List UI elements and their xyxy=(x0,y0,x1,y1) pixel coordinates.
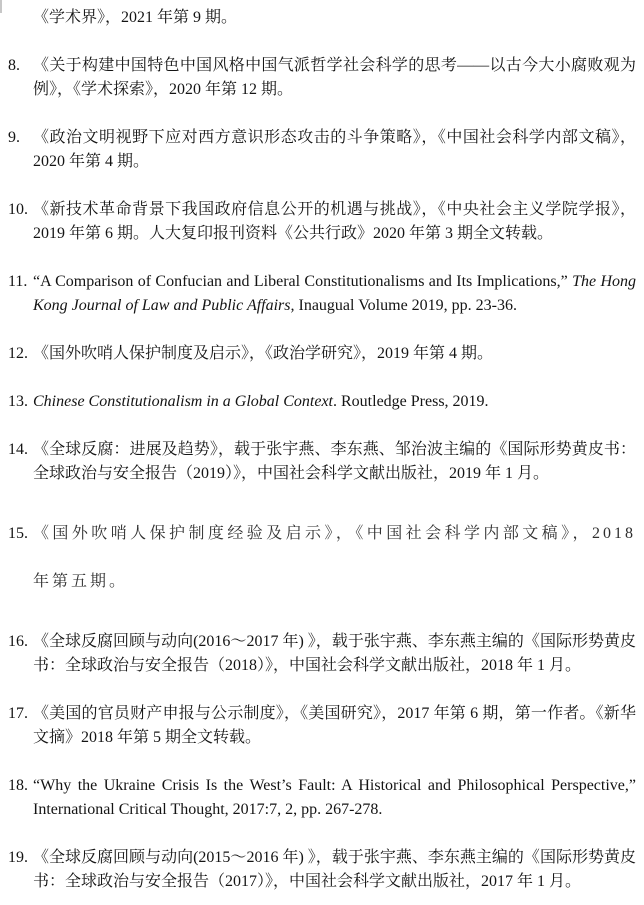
item-number: 16. xyxy=(8,630,33,678)
publication-item-19: 19. 《全球反腐回顾与动向(2015～2016 年) 》，载于张宇燕、李东燕主… xyxy=(8,846,636,894)
item-text-part: 《全球反腐：进展及趋势》，载于张宇燕、李东燕、邹治波主编的《国际形势黄皮书：全球… xyxy=(33,441,636,482)
item-text-part: 《新技术革命背景下我国政府信息公开的机遇与挑战》，《中央社会主义学院学报》，20… xyxy=(33,201,636,242)
item-text: 《学术界》，2021 年第 9 期。 xyxy=(33,6,636,30)
publication-item-14: 14. 《全球反腐：进展及趋势》，载于张宇燕、李东燕、邹治波主编的《国际形势黄皮… xyxy=(8,438,636,486)
item-text: “Why the Ukraine Crisis Is the West’s Fa… xyxy=(33,774,636,822)
publication-item-12: 12. 《国外吹哨人保护制度及启示》，《政治学研究》，2019 年第 4 期。 xyxy=(8,342,636,366)
item-text: 《全球反腐回顾与动向(2016～2017 年) 》，载于张宇燕、李东燕主编的《国… xyxy=(33,630,636,678)
item-text-part: 《国外吹哨人保护制度经验及启示》，《中国社会科学内部文稿》，2018 年第五期。 xyxy=(33,525,636,590)
item-number: 17. xyxy=(8,702,33,750)
publication-item-8: 8. 《关于构建中国特色中国风格中国气派哲学社会科学的思考——以古今大小腐败观为… xyxy=(8,54,636,102)
item-text-part: “A Comparison of Confucian and Liberal C… xyxy=(33,273,572,290)
publication-item-15: 15. 《国外吹哨人保护制度经验及启示》，《中国社会科学内部文稿》，2018 年… xyxy=(8,510,636,606)
item-number xyxy=(8,6,33,30)
item-number: 9. xyxy=(8,126,33,174)
item-text-part: . Routledge Press, 2019. xyxy=(333,393,489,410)
item-text: Chinese Constitutionalism in a Global Co… xyxy=(33,390,636,414)
item-text-part: 《学术界》，2021 年第 9 期。 xyxy=(33,9,237,26)
publication-item-13: 13. Chinese Constitutionalism in a Globa… xyxy=(8,390,636,414)
item-number: 8. xyxy=(8,54,33,102)
publication-item-18: 18. “Why the Ukraine Crisis Is the West’… xyxy=(8,774,636,822)
item-number: 14. xyxy=(8,438,33,486)
item-number: 18. xyxy=(8,774,33,822)
item-text-part: 《全球反腐回顾与动向(2015～2016 年) 》，载于张宇燕、李东燕主编的《国… xyxy=(33,849,636,890)
item-text: 《政治文明视野下应对西方意识形态攻击的斗争策略》，《中国社会科学内部文稿》，20… xyxy=(33,126,636,174)
item-number: 12. xyxy=(8,342,33,366)
item-text: “A Comparison of Confucian and Liberal C… xyxy=(33,270,636,318)
item-number: 11. xyxy=(8,270,33,318)
scan-edge-artifact xyxy=(0,0,2,13)
publication-item-17: 17. 《美国的官员财产申报与公示制度》，《美国研究》，2017 年第 6 期，… xyxy=(8,702,636,750)
item-text-part: “Why the Ukraine Crisis Is the West’s Fa… xyxy=(33,777,636,818)
publication-item-11: 11. “A Comparison of Confucian and Liber… xyxy=(8,270,636,318)
item-text-part: 《政治文明视野下应对西方意识形态攻击的斗争策略》，《中国社会科学内部文稿》，20… xyxy=(33,129,636,170)
item-number: 19. xyxy=(8,846,33,894)
item-number: 13. xyxy=(8,390,33,414)
item-text-part: 《国外吹哨人保护制度及启示》，《政治学研究》，2019 年第 4 期。 xyxy=(33,345,493,362)
item-text-part: 《关于构建中国特色中国风格中国气派哲学社会科学的思考——以古今大小腐败观为例》，… xyxy=(33,57,636,98)
item-text-part: Inaugual Volume 2019, pp. 23-36. xyxy=(295,297,518,314)
publication-item-7-continuation: 《学术界》，2021 年第 9 期。 xyxy=(8,6,636,30)
item-text-part: 《全球反腐回顾与动向(2016～2017 年) 》，载于张宇燕、李东燕主编的《国… xyxy=(33,633,636,674)
item-text: 《国外吹哨人保护制度及启示》，《政治学研究》，2019 年第 4 期。 xyxy=(33,342,636,366)
item-text: 《美国的官员财产申报与公示制度》，《美国研究》，2017 年第 6 期，第一作者… xyxy=(33,702,636,750)
publication-item-9: 9. 《政治文明视野下应对西方意识形态攻击的斗争策略》，《中国社会科学内部文稿》… xyxy=(8,126,636,174)
document-page: 《学术界》，2021 年第 9 期。 8. 《关于构建中国特色中国风格中国气派哲… xyxy=(0,0,644,905)
item-text: 《全球反腐：进展及趋势》，载于张宇燕、李东燕、邹治波主编的《国际形势黄皮书：全球… xyxy=(33,438,636,486)
item-text: 《新技术革命背景下我国政府信息公开的机遇与挑战》，《中央社会主义学院学报》，20… xyxy=(33,198,636,246)
publication-item-10: 10. 《新技术革命背景下我国政府信息公开的机遇与挑战》，《中央社会主义学院学报… xyxy=(8,198,636,246)
item-text: 《关于构建中国特色中国风格中国气派哲学社会科学的思考——以古今大小腐败观为例》，… xyxy=(33,54,636,102)
item-text: 《国外吹哨人保护制度经验及启示》，《中国社会科学内部文稿》，2018 年第五期。 xyxy=(33,510,636,606)
item-text-part: 《美国的官员财产申报与公示制度》，《美国研究》，2017 年第 6 期，第一作者… xyxy=(33,705,636,746)
item-text: 《全球反腐回顾与动向(2015～2016 年) 》，载于张宇燕、李东燕主编的《国… xyxy=(33,846,636,894)
item-text-part-italic: Chinese Constitutionalism in a Global Co… xyxy=(33,393,333,410)
publication-item-16: 16. 《全球反腐回顾与动向(2016～2017 年) 》，载于张宇燕、李东燕主… xyxy=(8,630,636,678)
item-number: 15. xyxy=(8,510,33,606)
item-number: 10. xyxy=(8,198,33,246)
